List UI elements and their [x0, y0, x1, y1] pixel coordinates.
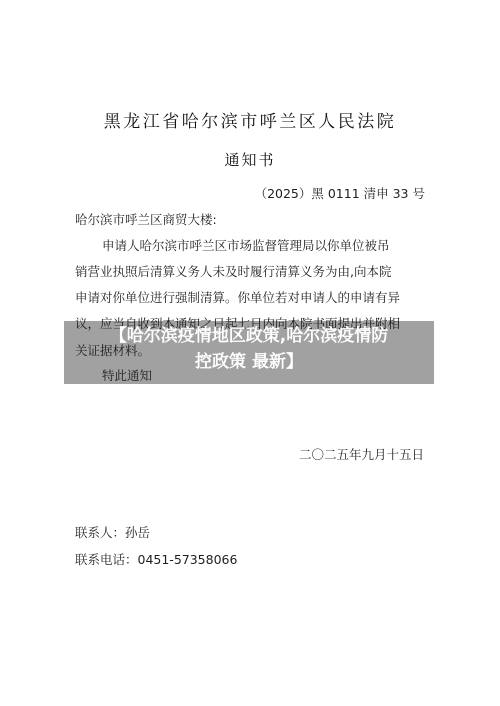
contact-person: 联系人：孙岳: [75, 523, 150, 541]
overlay-banner-line-1: 【哈尔滨疫情地区政策,哈尔滨疫情防: [64, 323, 434, 349]
overlay-banner-title: 【哈尔滨疫情地区政策,哈尔滨疫情防 控政策 最新】: [64, 323, 434, 375]
case-number: （2025）黑 0111 清申 33 号: [255, 184, 425, 202]
court-name: 黑龙江省哈尔滨市呼兰区人民法院: [0, 107, 500, 132]
body-line-3: 申请对你单位进行强制清算。你单位若对申请人的申请有异: [75, 288, 400, 306]
document-title: 通知书: [0, 149, 500, 170]
document-date: 二〇二五年九月十五日: [299, 445, 424, 463]
body-line-2: 销营业执照后清算义务人未及时履行清算义务为由,向本院: [75, 262, 391, 280]
overlay-banner-line-2: 控政策 最新】: [64, 349, 434, 375]
contact-phone: 联系电话：0451-57358066: [75, 550, 237, 568]
body-line-1: 申请人哈尔滨市呼兰区市场监督管理局以你单位被吊: [102, 236, 390, 254]
addressee: 哈尔滨市呼兰区商贸大楼:: [75, 210, 217, 228]
